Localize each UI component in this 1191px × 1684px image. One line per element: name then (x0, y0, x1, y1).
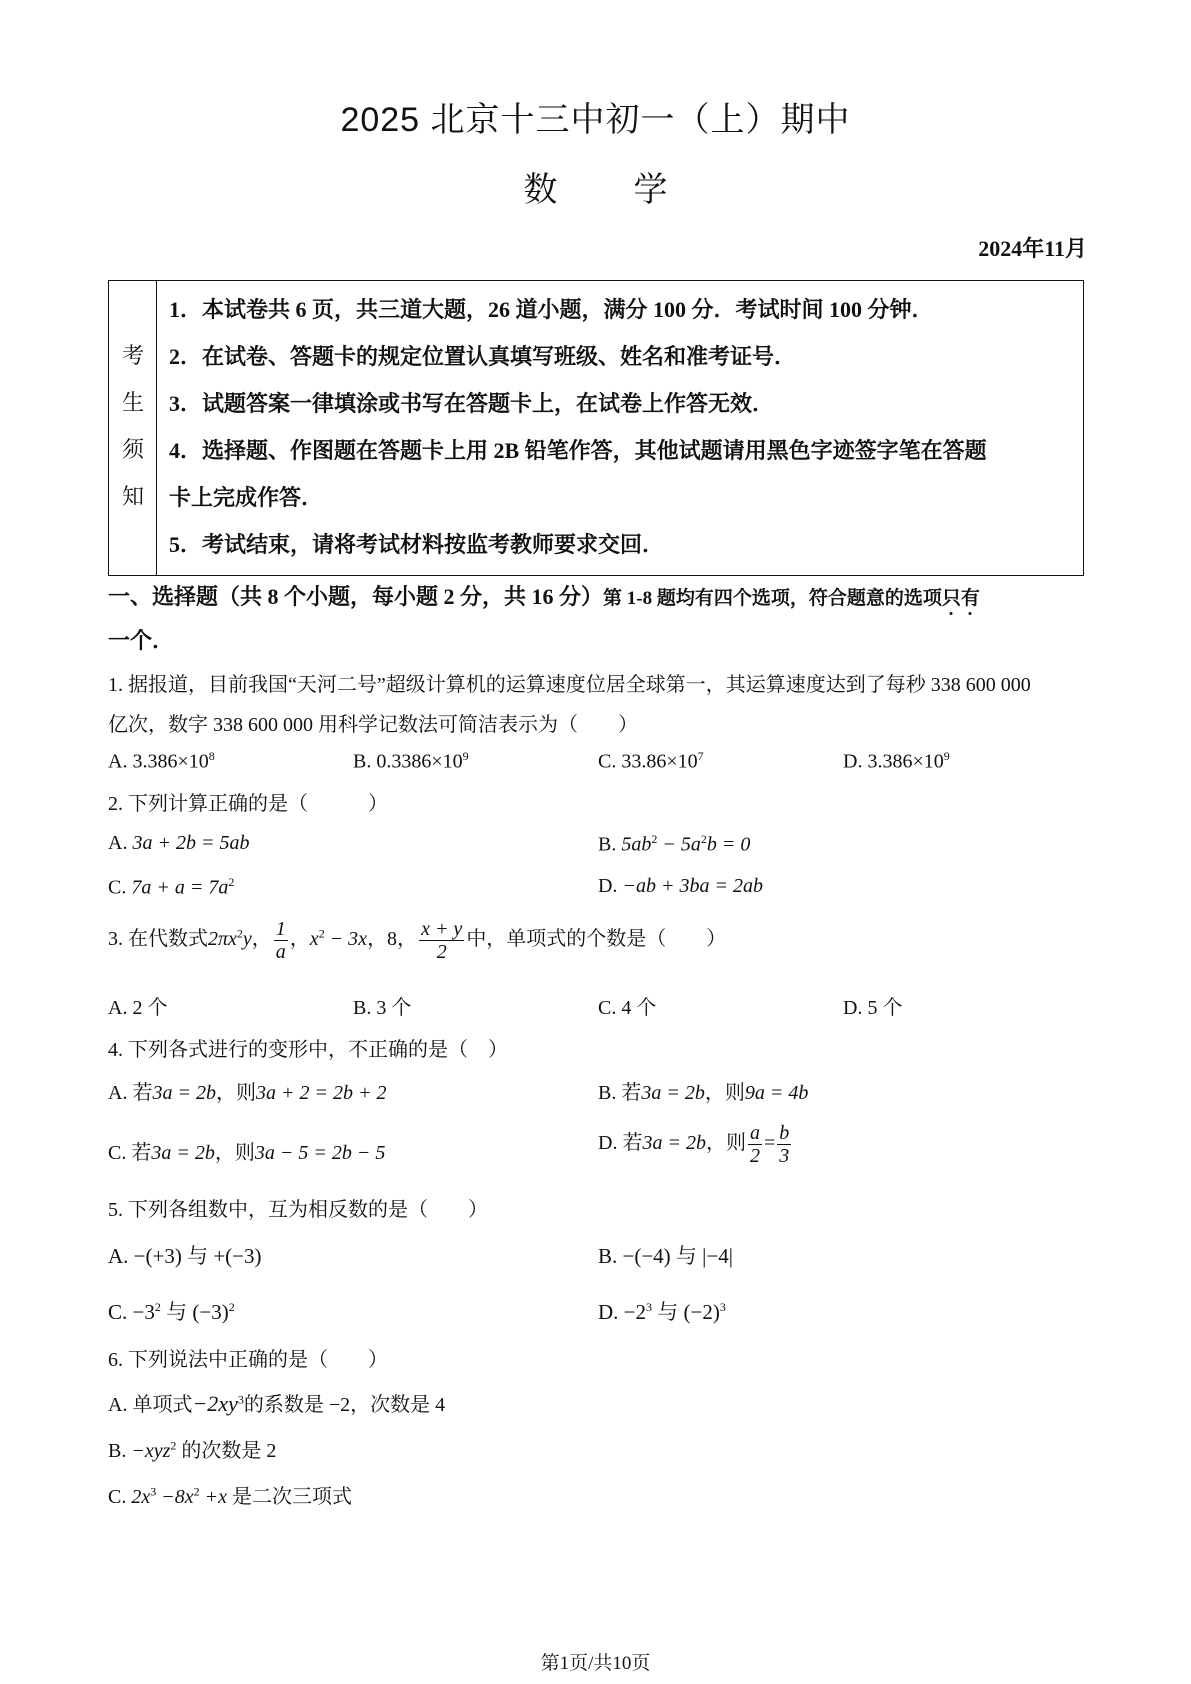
question-1-option-a: A. 3.386×108 (108, 749, 215, 774)
notice-line: 4．选择题、作图题在答题卡上用 2B 铅笔作答，其他试题请用黑色字迹签字笔在答题 (169, 434, 987, 465)
question-5-option-b: B. −(−4) 与 |−4| (598, 1240, 733, 1270)
exam-title: 2025 北京十三中初一（上）期中 (0, 92, 1191, 141)
question-1-option-d: D. 3.386×109 (843, 749, 950, 774)
question-4-option-c: C. 若3a = 2b，则3a − 5 = 2b − 5 (108, 1136, 385, 1165)
section-title: 一、选择题（共 8 个小题，每小题 2 分，共 16 分） (108, 584, 603, 609)
question-5-stem: 5. 下列各组数中，互为相反数的是（ ） (108, 1193, 488, 1222)
question-4-option-d: D. 若3a = 2b，则a2=b3 (598, 1122, 793, 1167)
exam-notice-box: 考 生 须 知 1．本试卷共 6 页，共三道大题，26 道小题，满分 100 分… (108, 280, 1084, 576)
notice-line: 1．本试卷共 6 页，共三道大题，26 道小题，满分 100 分．考试时间 10… (169, 293, 934, 324)
question-2-stem: 2. 下列计算正确的是（ ） (108, 787, 388, 816)
subject-char: 学 (634, 162, 668, 211)
question-5-option-c: C. −32 与 (−3)2 (108, 1296, 235, 1326)
emphasis-char: 只 (942, 588, 961, 609)
question-1-stem-line1: 1. 据报道，目前我国“天河二号”超级计算机的运算速度位居全球第一，其运算速度达… (108, 668, 1031, 697)
fraction: b3 (777, 1122, 791, 1167)
question-5-option-d: D. −23 与 (−2)3 (598, 1296, 726, 1326)
notice-side-char: 考 (109, 339, 157, 370)
notice-side-char: 知 (109, 480, 157, 511)
section-note-cont: 一个． (108, 624, 174, 655)
question-4-stem: 4. 下列各式进行的变形中，不正确的是（ ） (108, 1033, 508, 1062)
question-1-stem-line2: 亿次，数字 338 600 000 用科学记数法可简洁表示为（ ） (108, 708, 638, 737)
question-2-option-a: A. 3a + 2b = 5ab (108, 832, 249, 855)
notice-line: 5．考试结束，请将考试材料按监考教师要求交回． (169, 528, 664, 559)
question-1-option-c: C. 33.86×107 (598, 749, 704, 774)
question-2-option-d: D. −ab + 3ba = 2ab (598, 875, 763, 898)
notice-side-label: 考 生 须 知 (109, 281, 157, 575)
question-3-option-b: B. 3 个 (353, 991, 411, 1020)
notice-line: 卡上完成作答． (169, 481, 323, 512)
notice-side-char: 须 (109, 433, 157, 464)
question-5-option-a: A. −(+3) 与 +(−3) (108, 1240, 262, 1270)
subject-char: 数 (524, 162, 558, 211)
question-6-stem: 6. 下列说法中正确的是（ ） (108, 1343, 388, 1372)
fraction: a2 (748, 1122, 762, 1167)
subject-title: 数学 (0, 162, 1191, 211)
question-4-option-b: B. 若3a = 2b，则9a = 4b (598, 1076, 808, 1105)
question-1-option-b: B. 0.3386×109 (353, 749, 469, 774)
question-3-option-a: A. 2 个 (108, 991, 167, 1020)
emphasis-char: 有 (961, 588, 980, 609)
fraction: x + y2 (419, 918, 464, 963)
question-3-option-c: C. 4 个 (598, 991, 656, 1020)
question-6-option-b: B. −xyz2 的次数是 2 (108, 1434, 276, 1463)
question-4-option-a: A. 若3a = 2b，则3a + 2 = 2b + 2 (108, 1076, 386, 1105)
notice-line: 2．在试卷、答题卡的规定位置认真填写班级、姓名和准考证号． (169, 340, 796, 371)
question-3-stem: 3. 在代数式2πx2y，1a，x2 − 3x，8，x + y2中，单项式的个数… (108, 918, 726, 963)
question-2-option-c: C. 7a + a = 7a2 (108, 875, 234, 900)
question-6-option-a: A. 单项式−2xy3的系数是 −2，次数是 4 (108, 1388, 445, 1417)
question-6-option-c: C. 2x3 −8x2 +x 是二次三项式 (108, 1480, 352, 1509)
page-number: 第1页/共10页 (0, 1648, 1191, 1675)
fraction: 1a (274, 918, 288, 963)
notice-line: 3．试题答案一律填涂或书写在答题卡上，在试卷上作答无效． (169, 387, 774, 418)
section-heading: 一、选择题（共 8 个小题，每小题 2 分，共 16 分）第 1-8 题均有四个… (108, 580, 980, 611)
question-2-option-b: B. 5ab2 − 5a2b = 0 (598, 832, 750, 857)
section-note: 第 1-8 题均有四个选项，符合题意的选项 (603, 588, 942, 609)
exam-date: 2024年11月 (978, 232, 1087, 263)
question-3-option-d: D. 5 个 (843, 991, 902, 1020)
notice-side-char: 生 (109, 386, 157, 417)
